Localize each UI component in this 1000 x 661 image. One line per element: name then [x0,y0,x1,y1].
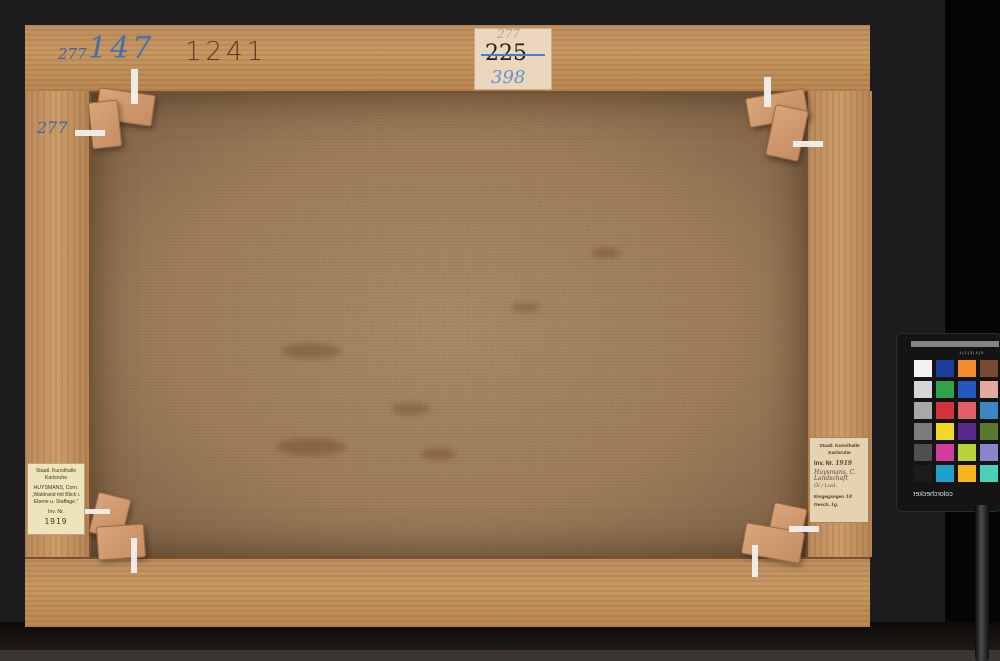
checker-patch [936,402,954,419]
checker-patch [980,360,998,377]
checker-patch [914,381,932,398]
checker-patch [936,423,954,440]
checker-patch [980,465,998,482]
checker-patch [958,360,976,377]
tape-strip [764,77,771,107]
corner-key-bottom-left [96,523,146,560]
checker-ruler-text: 1 | 2 | 3 | 4 | 5 [959,350,983,355]
tape-strip [789,526,819,532]
checker-brand-text: colorchecker [913,491,953,498]
tag-blue-number: 398 [491,67,525,88]
tape-strip [75,130,105,136]
inscription-1241: 1241 [185,37,267,67]
label-institution: Staatl. Kunsthalle [28,468,84,475]
label-origin-caption: Gesch. [814,503,830,508]
painting-back: 277 147 1241 277 277 225 398 [25,25,870,625]
label-city: Karlsruhe [28,475,84,482]
inscription-277-top: 277 [58,45,87,63]
checker-patch [980,381,998,398]
label-institution: Staatl. Kunsthalle [814,444,865,451]
checker-patch [936,465,954,482]
canvas-back [91,93,806,557]
tag-crossed-number: 277 [497,27,520,41]
label-inv-number: 1919 [835,460,852,467]
inscription-147: 147 [88,31,154,66]
canvas-stain [391,403,431,415]
dark-background-right [945,0,1000,661]
checker-patch [958,402,976,419]
label-received-value: 18 [845,494,852,500]
inventory-label-right: Staatl. Kunsthalle Karlsruhe Inv. Nr. 19… [809,437,869,523]
checker-patch [958,423,976,440]
shelf-edge [0,650,1000,661]
checker-patch [914,402,932,419]
label-origin-value: Ig. [831,502,838,508]
label-title-line1: „Waldrand mit Blick i. [28,492,84,499]
tag-strike-line [481,54,545,56]
checker-patch [980,444,998,461]
label-inv-caption: Inv. Nr. [814,461,834,467]
label-inv-caption: Inv. Nr. [28,509,84,516]
checker-patch [936,360,954,377]
checker-patch [936,444,954,461]
canvas-stain [591,248,621,258]
label-inv-number: 1919 [28,518,84,525]
checker-patch-grid [914,360,998,482]
tape-strip [793,141,823,147]
checker-patch [980,402,998,419]
label-received-caption: Eingegangen [814,495,844,500]
checker-stand [975,505,989,661]
checker-patch [914,465,932,482]
canvas-stain [511,303,541,312]
top-number-tag: 277 225 398 [474,28,552,90]
tape-strip [131,69,138,104]
canvas-stain [281,343,341,359]
color-checker-card: 1 | 2 | 3 | 4 | 5 colorchecker [896,333,1000,512]
tape-strip [131,538,137,573]
canvas-stain [276,438,346,456]
checker-patch [936,381,954,398]
canvas-stain [421,448,456,460]
inscription-277-left: 277 [37,118,68,137]
corner-key-top-left [88,100,123,150]
checker-patch [980,423,998,440]
inventory-label-left: Staatl. Kunsthalle Karlsruhe HUYSMANS, C… [27,463,85,535]
label-handwritten-3: Öl / Lwd. [814,483,865,490]
checker-patch [958,465,976,482]
label-artist: HUYSMANS, Corn. [28,485,84,492]
checker-patch [958,381,976,398]
tape-strip [752,545,758,577]
checker-patch [958,444,976,461]
label-city: Karlsruhe [814,451,865,458]
checker-patch [914,444,932,461]
label-title-line2: Ebene u. Staffage." [28,499,84,506]
checker-patch [914,360,932,377]
checker-ruler [911,341,999,347]
stretcher-bottom-bar [25,557,870,627]
checker-patch [914,423,932,440]
